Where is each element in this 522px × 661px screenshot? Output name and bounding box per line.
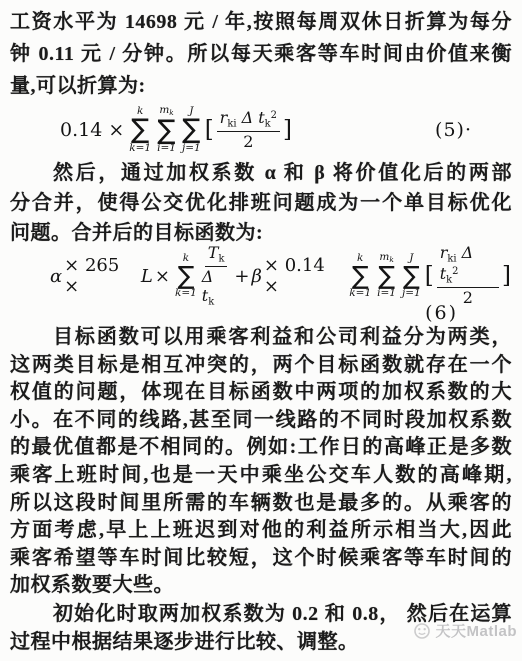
summation-symbol: J ∑ j=1 xyxy=(402,253,421,300)
equation-6: α × 265 × L × k ∑ k=1 Tk Δ tk +β × 0.14 … xyxy=(10,250,512,302)
var-delta-t: Δ t xyxy=(237,108,265,127)
fraction-denominator: 2 xyxy=(463,288,473,307)
var-r-sub: ki xyxy=(227,118,236,129)
text-line: 乘客希望等车时间比较短，这个时候乘客等车时间的 xyxy=(10,545,512,573)
equation-5: 0.14 × k ∑ k=1 mk ∑ i=1 J ∑ j=1 [ rki Δ … xyxy=(10,102,512,158)
text-line: 加权系数要大些。 xyxy=(10,572,512,600)
paragraph: 工资水平为 14698 元 / 年,按照每周双休日折算为每分 钟 0.11 元 … xyxy=(10,6,512,102)
text-line: 工资水平为 14698 元 / 年,按照每周双休日折算为每分 xyxy=(10,6,512,38)
var-L: L xyxy=(141,266,153,287)
var-t-sub: k xyxy=(208,296,214,307)
sum-lower-limit: k=1 xyxy=(129,143,151,155)
sum-lower-limit: k=1 xyxy=(175,288,197,300)
equation-number: (5)· xyxy=(435,119,472,141)
summation-symbol: mk ∑ i=1 xyxy=(377,252,396,300)
close-bracket: ] xyxy=(283,119,292,142)
coefficient: 0.14 × xyxy=(60,119,124,141)
document-page: 工资水平为 14698 元 / 年,按照每周双休日折算为每分 钟 0.11 元 … xyxy=(0,0,522,661)
var-T: T xyxy=(208,243,219,262)
operator: × 0.14 × xyxy=(264,255,344,297)
summation-symbol: k ∑ k=1 xyxy=(175,253,197,300)
fraction-numerator: rki Δ tk2 xyxy=(217,109,280,132)
paragraph: 目标函数可以用乘客利益和公司利益分为两类， 这两类目标是相互冲突的，两个目标函数… xyxy=(10,324,512,600)
var-T-sub: k xyxy=(218,254,224,265)
sigma-glyph: ∑ xyxy=(352,264,369,288)
operator: × xyxy=(155,266,170,287)
open-bracket: [ xyxy=(205,119,214,142)
text-line: 乘客上班时间,也是一天中乘坐公交车人数的高峰期, xyxy=(10,462,512,490)
sigma-glyph: ∑ xyxy=(157,118,175,144)
var-t-sup: 2 xyxy=(271,110,277,121)
summation-symbol: mk ∑ i=1 xyxy=(157,105,176,154)
text-line: 量,可以折算为: xyxy=(10,70,512,102)
fraction: Tk Δ tk xyxy=(202,244,231,307)
open-bracket: [ xyxy=(425,265,434,288)
text-line: 方面考虑,早上上班迟到对他的利益所示相当大,因此 xyxy=(10,517,512,545)
text-line: 这两类目标是相互冲突的，两个目标函数就存在一个 xyxy=(10,352,512,380)
close-bracket: ] xyxy=(502,265,511,288)
var-alpha: α xyxy=(50,266,62,287)
var-t-sup: 2 xyxy=(452,266,458,277)
sum-lower-limit: k=1 xyxy=(349,288,371,300)
fraction-denominator: 2 xyxy=(243,132,253,151)
sigma-glyph: ∑ xyxy=(177,264,194,288)
sum-lower-limit: i=1 xyxy=(157,143,176,155)
sigma-glyph: ∑ xyxy=(182,117,200,143)
text-line: 分合并，使得公交优化排班问题成为一个单目标优化 xyxy=(10,188,512,218)
sum-lower-limit: j=1 xyxy=(182,143,201,155)
summation-symbol: k ∑ k=1 xyxy=(129,106,151,155)
watermark: 天天Matlab xyxy=(413,620,517,641)
fraction-denominator: Δ tk xyxy=(202,267,231,307)
fraction-numerator: Tk xyxy=(205,244,228,267)
fraction: rki Δ tk2 2 xyxy=(437,244,499,307)
sum-lower-limit: i=1 xyxy=(377,288,396,300)
operator: × 265 × xyxy=(64,255,139,297)
text-line: 然后，通过加权系数 α 和 β 将价值化后的两部 xyxy=(10,158,512,188)
text-line: 钟 0.11 元 / 分钟。所以每天乘客等车时间由价值来衡 xyxy=(10,38,512,70)
summation-symbol: k ∑ k=1 xyxy=(349,253,371,300)
text-line: 目标函数可以用乘客利益和公司利益分为两类， xyxy=(10,324,512,352)
var-beta: β xyxy=(252,266,262,287)
fraction-numerator: rki Δ tk2 xyxy=(437,244,499,288)
text-line: 小。在不同的线路,甚至同一线路的不同时段加权系数 xyxy=(10,407,512,435)
watermark-text: 天天Matlab xyxy=(435,620,517,641)
equation-number: (6) xyxy=(10,302,512,324)
paragraph: 然后，通过加权系数 α 和 β 将价值化后的两部 分合并，使得公交优化排班问题成… xyxy=(10,158,512,248)
text-line: 权值的问题，体现在目标函数中两项的加权系数的大 xyxy=(10,379,512,407)
var-r-sub: ki xyxy=(447,254,456,265)
sigma-glyph: ∑ xyxy=(403,264,420,288)
sum-lower-limit: j=1 xyxy=(402,288,421,300)
fraction: rki Δ tk2 2 xyxy=(217,109,280,151)
sigma-glyph: ∑ xyxy=(131,117,149,143)
operator: + xyxy=(234,266,249,287)
text-line: 所以这段时间里所需的车辆数也是最多的。从乘客的 xyxy=(10,490,512,518)
tiantian-matlab-logo-icon xyxy=(413,622,431,640)
text-line: 的最优值都是不相同的。例如:工作日的高峰正是多数 xyxy=(10,434,512,462)
summation-symbol: J ∑ j=1 xyxy=(182,106,201,155)
sigma-glyph: ∑ xyxy=(378,264,395,288)
